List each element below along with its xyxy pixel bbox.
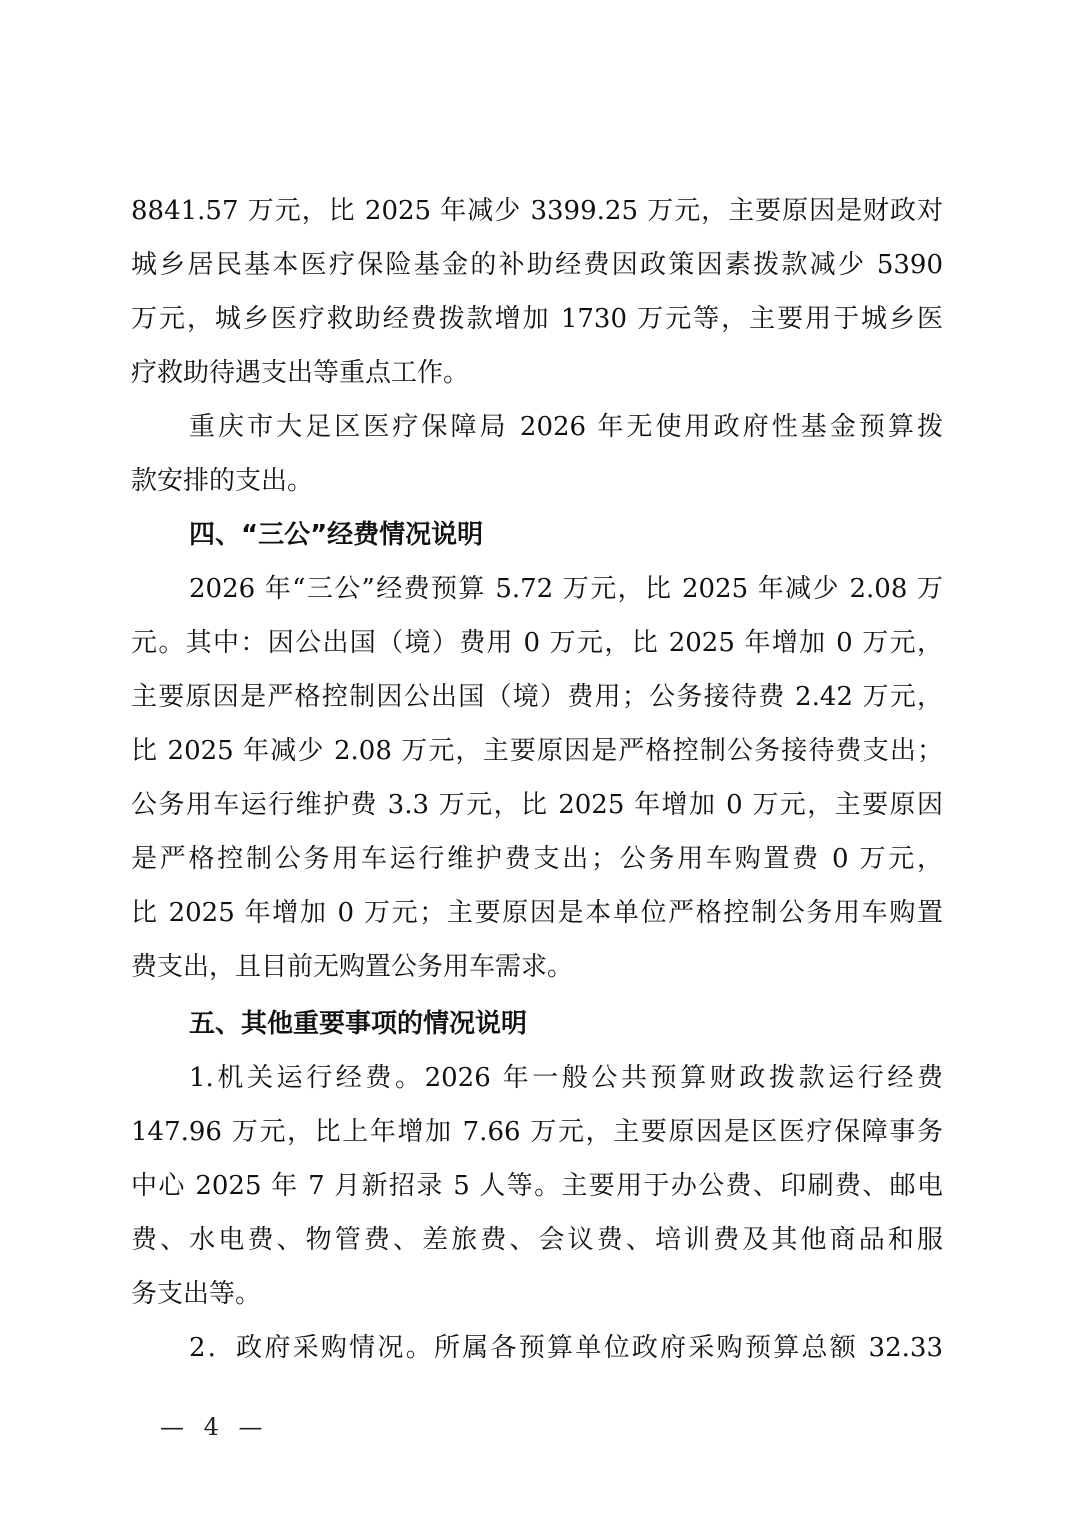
document-page: 8841.57 万元，比 2025 年减少 3399.25 万元，主要原因是财政… xyxy=(0,0,1074,1520)
paragraph-line: 中心 2025 年 7 月新招录 5 人等。主要用于办公费、印刷费、邮电 xyxy=(131,1169,943,1203)
paragraph-line: 是严格控制公务用车运行维护费支出；公务用车购置费 0 万元， xyxy=(131,842,943,876)
paragraph-line: 务支出等。 xyxy=(131,1277,943,1311)
paragraph-line: 公务用车运行维护费 3.3 万元，比 2025 年增加 0 万元，主要原因 xyxy=(131,788,943,822)
paragraph-line: 款安排的支出。 xyxy=(131,464,943,498)
paragraph-line: 费、水电费、物管费、差旅费、会议费、培训费及其他商品和服 xyxy=(131,1223,943,1257)
section-heading-five: 五、其他重要事项的情况说明 xyxy=(189,1007,943,1041)
paragraph-line: 2．政府采购情况。所属各预算单位政府采购预算总额 32.33 xyxy=(189,1331,943,1365)
paragraph-line: 疗救助待遇支出等重点工作。 xyxy=(131,356,943,390)
paragraph-line: 8841.57 万元，比 2025 年减少 3399.25 万元，主要原因是财政… xyxy=(131,194,943,228)
paragraph-line: 比 2025 年减少 2.08 万元，主要原因是严格控制公务接待费支出； xyxy=(131,734,943,768)
paragraph-line: 147.96 万元，比上年增加 7.66 万元，主要原因是区医疗保障事务 xyxy=(131,1115,943,1149)
section-heading-four: 四、“三公”经费情况说明 xyxy=(189,518,943,552)
paragraph-line: 城乡居民基本医疗保险基金的补助经费因政策因素拨款减少 5390 xyxy=(131,248,943,282)
paragraph-line: 万元，城乡医疗救助经费拨款增加 1730 万元等，主要用于城乡医 xyxy=(131,302,943,336)
paragraph-line: 元。其中：因公出国（境）费用 0 万元，比 2025 年增加 0 万元， xyxy=(131,626,943,660)
page-number: — 4 — xyxy=(160,1413,269,1441)
paragraph-line: 重庆市大足区医疗保障局 2026 年无使用政府性基金预算拨 xyxy=(189,410,943,444)
paragraph-line: 1.机关运行经费。2026 年一般公共预算财政拨款运行经费 xyxy=(189,1061,943,1095)
paragraph-line: 主要原因是严格控制因公出国（境）费用；公务接待费 2.42 万元， xyxy=(131,680,943,714)
paragraph-line: 费支出，且目前无购置公务用车需求。 xyxy=(131,950,943,984)
paragraph-line: 2026 年“三公”经费预算 5.72 万元，比 2025 年减少 2.08 万 xyxy=(189,572,943,606)
paragraph-line: 比 2025 年增加 0 万元；主要原因是本单位严格控制公务用车购置 xyxy=(131,896,943,930)
